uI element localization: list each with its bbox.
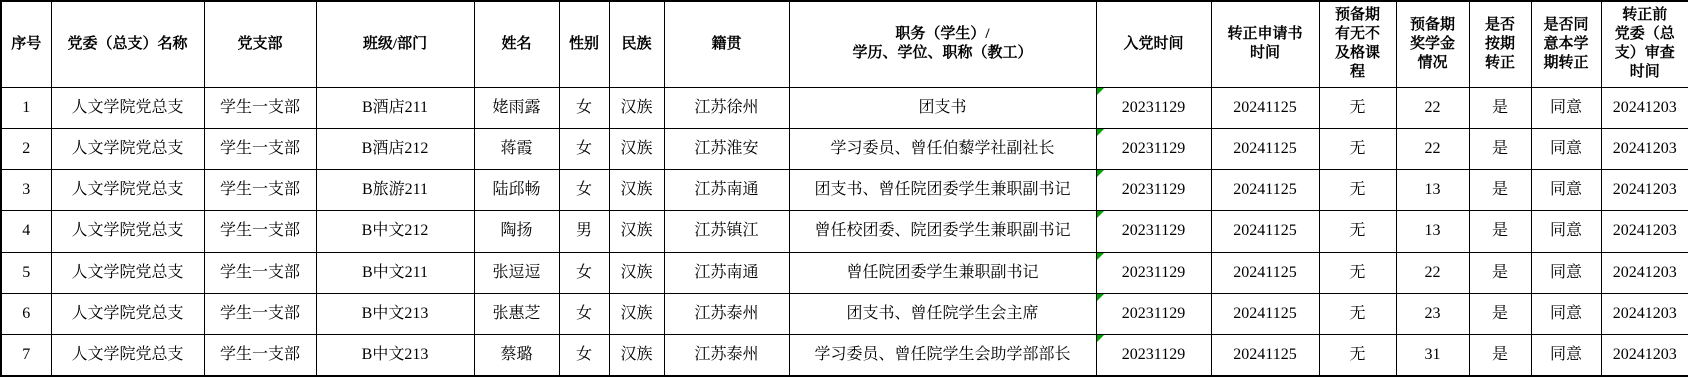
excel-green-corner-flag-icon: [1097, 335, 1104, 342]
table-row: 1人文学院党总支学生一支部B酒店211姥雨露女汉族江苏徐州团支书20231129…: [1, 87, 1688, 128]
excel-green-corner-flag-icon: [1097, 129, 1104, 136]
header-ethnicity[interactable]: 民族: [609, 1, 664, 87]
cell-on-time[interactable]: 是: [1469, 293, 1531, 334]
cell-failed-courses[interactable]: 无: [1319, 252, 1396, 293]
cell-committee[interactable]: 人文学院党总支: [51, 335, 204, 376]
cell-branch[interactable]: 学生一支部: [204, 170, 316, 211]
cell-serial[interactable]: 7: [1, 335, 51, 376]
header-on-time-transfer[interactable]: 是否 按期 转正: [1469, 1, 1531, 87]
table-header: 序号 党委（总支）名称 党支部 班级/部门 姓名 性别 民族 籍贯 职务（学生）…: [1, 1, 1688, 87]
cell-branch[interactable]: 学生一支部: [204, 128, 316, 169]
cell-name[interactable]: 陆邱畅: [474, 170, 559, 211]
header-native-place[interactable]: 籍贯: [664, 1, 789, 87]
cell-join-date[interactable]: 20231129: [1096, 87, 1211, 128]
table-row: 5人文学院党总支学生一支部B中文211张逗逗女汉族江苏南通曾任院团委学生兼职副书…: [1, 252, 1688, 293]
header-agree-transfer[interactable]: 是否同 意本学 期转正: [1531, 1, 1601, 87]
cell-committee[interactable]: 人文学院党总支: [51, 128, 204, 169]
cell-scholarship[interactable]: 13: [1396, 170, 1469, 211]
header-failed-courses[interactable]: 预备期 有无不 及格课 程: [1319, 1, 1396, 87]
cell-committee[interactable]: 人文学院党总支: [51, 170, 204, 211]
cell-gender[interactable]: 女: [559, 87, 609, 128]
cell-native[interactable]: 江苏淮安: [664, 128, 789, 169]
cell-native[interactable]: 江苏泰州: [664, 335, 789, 376]
cell-on-time[interactable]: 是: [1469, 128, 1531, 169]
cell-class[interactable]: B中文211: [316, 252, 474, 293]
cell-review-date[interactable]: 20241203: [1601, 252, 1688, 293]
cell-application-date[interactable]: 20241125: [1211, 252, 1319, 293]
cell-scholarship[interactable]: 22: [1396, 128, 1469, 169]
cell-join-date[interactable]: 20231129: [1096, 252, 1211, 293]
cell-gender[interactable]: 女: [559, 335, 609, 376]
cell-failed-courses[interactable]: 无: [1319, 293, 1396, 334]
cell-native[interactable]: 江苏南通: [664, 170, 789, 211]
cell-position[interactable]: 学习委员、曾任院学生会助学部部长: [789, 335, 1096, 376]
cell-class[interactable]: B中文213: [316, 293, 474, 334]
cell-class[interactable]: B酒店211: [316, 87, 474, 128]
cell-branch[interactable]: 学生一支部: [204, 293, 316, 334]
cell-position[interactable]: 团支书、曾任院团委学生兼职副书记: [789, 170, 1096, 211]
cell-native[interactable]: 江苏南通: [664, 252, 789, 293]
cell-join-date[interactable]: 20231129: [1096, 128, 1211, 169]
cell-application-date[interactable]: 20241125: [1211, 128, 1319, 169]
cell-class[interactable]: B酒店212: [316, 128, 474, 169]
cell-ethnicity[interactable]: 汉族: [609, 211, 664, 252]
cell-application-date[interactable]: 20241125: [1211, 87, 1319, 128]
table-row: 3人文学院党总支学生一支部B旅游211陆邱畅女汉族江苏南通团支书、曾任院团委学生…: [1, 170, 1688, 211]
header-committee-name[interactable]: 党委（总支）名称: [51, 1, 204, 87]
header-row: 序号 党委（总支）名称 党支部 班级/部门 姓名 性别 民族 籍贯 职务（学生）…: [1, 1, 1688, 87]
cell-agree-transfer[interactable]: 同意: [1531, 252, 1601, 293]
cell-position[interactable]: 团支书、曾任院学生会主席: [789, 293, 1096, 334]
table-row: 4人文学院党总支学生一支部B中文212陶扬男汉族江苏镇江曾任校团委、院团委学生兼…: [1, 211, 1688, 252]
cell-application-date[interactable]: 20241125: [1211, 211, 1319, 252]
cell-class[interactable]: B旅游211: [316, 170, 474, 211]
cell-gender[interactable]: 女: [559, 293, 609, 334]
table-body: 1人文学院党总支学生一支部B酒店211姥雨露女汉族江苏徐州团支书20231129…: [1, 87, 1688, 376]
cell-name[interactable]: 张逗逗: [474, 252, 559, 293]
cell-application-date[interactable]: 20241125: [1211, 335, 1319, 376]
excel-green-corner-flag-icon: [1097, 170, 1104, 177]
excel-green-corner-flag-icon: [1097, 294, 1104, 301]
cell-serial[interactable]: 5: [1, 252, 51, 293]
excel-green-corner-flag-icon: [1097, 88, 1104, 95]
cell-serial[interactable]: 2: [1, 128, 51, 169]
cell-branch[interactable]: 学生一支部: [204, 252, 316, 293]
party-member-transfer-table: 序号 党委（总支）名称 党支部 班级/部门 姓名 性别 民族 籍贯 职务（学生）…: [0, 0, 1688, 377]
cell-committee[interactable]: 人文学院党总支: [51, 293, 204, 334]
cell-failed-courses[interactable]: 无: [1319, 335, 1396, 376]
excel-green-corner-flag-icon: [1097, 211, 1104, 218]
cell-ethnicity[interactable]: 汉族: [609, 170, 664, 211]
header-review-date[interactable]: 转正前 党委（总 支）审查 时间: [1601, 1, 1688, 87]
header-name[interactable]: 姓名: [474, 1, 559, 87]
spreadsheet-region: 序号 党委（总支）名称 党支部 班级/部门 姓名 性别 民族 籍贯 职务（学生）…: [0, 0, 1688, 379]
cell-ethnicity[interactable]: 汉族: [609, 87, 664, 128]
cell-application-date[interactable]: 20241125: [1211, 293, 1319, 334]
cell-join-date[interactable]: 20231129: [1096, 293, 1211, 334]
cell-class[interactable]: B中文213: [316, 335, 474, 376]
cell-failed-courses[interactable]: 无: [1319, 170, 1396, 211]
cell-gender[interactable]: 男: [559, 211, 609, 252]
cell-ethnicity[interactable]: 汉族: [609, 335, 664, 376]
cell-review-date[interactable]: 20241203: [1601, 293, 1688, 334]
table-row: 6人文学院党总支学生一支部B中文213张惠芝女汉族江苏泰州团支书、曾任院学生会主…: [1, 293, 1688, 334]
cell-on-time[interactable]: 是: [1469, 87, 1531, 128]
header-party-branch[interactable]: 党支部: [204, 1, 316, 87]
cell-failed-courses[interactable]: 无: [1319, 87, 1396, 128]
cell-name[interactable]: 蔡璐: [474, 335, 559, 376]
cell-name[interactable]: 陶扬: [474, 211, 559, 252]
cell-ethnicity[interactable]: 汉族: [609, 252, 664, 293]
cell-on-time[interactable]: 是: [1469, 335, 1531, 376]
cell-branch[interactable]: 学生一支部: [204, 211, 316, 252]
cell-gender[interactable]: 女: [559, 170, 609, 211]
cell-review-date[interactable]: 20241203: [1601, 128, 1688, 169]
cell-native[interactable]: 江苏徐州: [664, 87, 789, 128]
cell-class[interactable]: B中文212: [316, 211, 474, 252]
header-serial[interactable]: 序号: [1, 1, 51, 87]
table-row: 2人文学院党总支学生一支部B酒店212蒋霞女汉族江苏淮安学习委员、曾任伯藜学社副…: [1, 128, 1688, 169]
header-join-date[interactable]: 入党时间: [1096, 1, 1211, 87]
cell-review-date[interactable]: 20241203: [1601, 87, 1688, 128]
cell-join-date[interactable]: 20231129: [1096, 335, 1211, 376]
header-gender[interactable]: 性别: [559, 1, 609, 87]
cell-position[interactable]: 曾任院团委学生兼职副书记: [789, 252, 1096, 293]
cell-agree-transfer[interactable]: 同意: [1531, 335, 1601, 376]
cell-agree-transfer[interactable]: 同意: [1531, 293, 1601, 334]
cell-serial[interactable]: 6: [1, 293, 51, 334]
cell-scholarship[interactable]: 23: [1396, 293, 1469, 334]
cell-scholarship[interactable]: 22: [1396, 252, 1469, 293]
cell-review-date[interactable]: 20241203: [1601, 170, 1688, 211]
cell-branch[interactable]: 学生一支部: [204, 87, 316, 128]
cell-agree-transfer[interactable]: 同意: [1531, 211, 1601, 252]
cell-on-time[interactable]: 是: [1469, 252, 1531, 293]
cell-committee[interactable]: 人文学院党总支: [51, 211, 204, 252]
cell-native[interactable]: 江苏泰州: [664, 293, 789, 334]
cell-gender[interactable]: 女: [559, 252, 609, 293]
cell-native[interactable]: 江苏镇江: [664, 211, 789, 252]
cell-failed-courses[interactable]: 无: [1319, 128, 1396, 169]
cell-on-time[interactable]: 是: [1469, 170, 1531, 211]
cell-scholarship[interactable]: 13: [1396, 211, 1469, 252]
header-scholarship[interactable]: 预备期 奖学金 情况: [1396, 1, 1469, 87]
cell-serial[interactable]: 3: [1, 170, 51, 211]
cell-review-date[interactable]: 20241203: [1601, 335, 1688, 376]
table-row: 7人文学院党总支学生一支部B中文213蔡璐女汉族江苏泰州学习委员、曾任院学生会助…: [1, 335, 1688, 376]
cell-join-date[interactable]: 20231129: [1096, 170, 1211, 211]
cell-gender[interactable]: 女: [559, 128, 609, 169]
header-position[interactable]: 职务（学生）/ 学历、学位、职称（教工）: [789, 1, 1096, 87]
cell-name[interactable]: 张惠芝: [474, 293, 559, 334]
cell-agree-transfer[interactable]: 同意: [1531, 87, 1601, 128]
excel-green-corner-flag-icon: [1097, 253, 1104, 260]
cell-position[interactable]: 学习委员、曾任伯藜学社副社长: [789, 128, 1096, 169]
header-application-date[interactable]: 转正申请书 时间: [1211, 1, 1319, 87]
cell-committee[interactable]: 人文学院党总支: [51, 87, 204, 128]
cell-branch[interactable]: 学生一支部: [204, 335, 316, 376]
cell-scholarship[interactable]: 22: [1396, 87, 1469, 128]
cell-ethnicity[interactable]: 汉族: [609, 293, 664, 334]
cell-on-time[interactable]: 是: [1469, 211, 1531, 252]
cell-name[interactable]: 蒋霞: [474, 128, 559, 169]
cell-position[interactable]: 曾任校团委、院团委学生兼职副书记: [789, 211, 1096, 252]
cell-failed-courses[interactable]: 无: [1319, 211, 1396, 252]
cell-committee[interactable]: 人文学院党总支: [51, 252, 204, 293]
cell-application-date[interactable]: 20241125: [1211, 170, 1319, 211]
cell-serial[interactable]: 1: [1, 87, 51, 128]
cell-agree-transfer[interactable]: 同意: [1531, 170, 1601, 211]
cell-name[interactable]: 姥雨露: [474, 87, 559, 128]
cell-agree-transfer[interactable]: 同意: [1531, 128, 1601, 169]
cell-ethnicity[interactable]: 汉族: [609, 128, 664, 169]
cell-position[interactable]: 团支书: [789, 87, 1096, 128]
cell-review-date[interactable]: 20241203: [1601, 211, 1688, 252]
cell-scholarship[interactable]: 31: [1396, 335, 1469, 376]
cell-serial[interactable]: 4: [1, 211, 51, 252]
header-class-department[interactable]: 班级/部门: [316, 1, 474, 87]
cell-join-date[interactable]: 20231129: [1096, 211, 1211, 252]
